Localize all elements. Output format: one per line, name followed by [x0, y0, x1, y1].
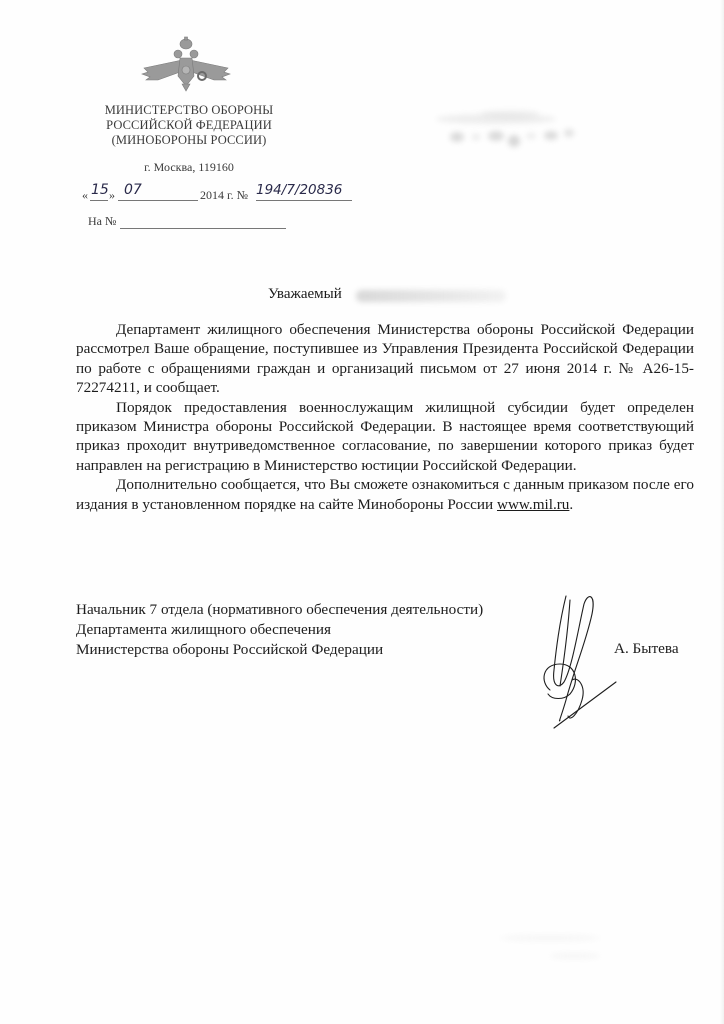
handwritten-month: 07 — [124, 182, 142, 198]
handwritten-signature-icon — [530, 590, 620, 730]
handwritten-day: 15 — [91, 182, 109, 198]
body-paragraph-3: Дополнительно сообщается, что Вы сможете… — [76, 475, 694, 514]
handwritten-number: 194/7/20836 — [256, 182, 342, 198]
quote-open: « — [82, 188, 88, 203]
reply-to-underline — [120, 212, 286, 229]
redacted-recipient-name — [356, 290, 506, 302]
year-number-label: 2014 г. № — [200, 188, 248, 203]
double-headed-eagle-icon — [138, 36, 234, 92]
redacted-footer-marks — [490, 925, 610, 965]
signature-title-block: Начальник 7 отдела (нормативного обеспеч… — [76, 600, 483, 660]
date-number-line: « 15 » 07 2014 г. № 194/7/20836 — [82, 184, 362, 206]
reply-to-line: На № — [88, 212, 298, 230]
signer-title-line1: Начальник 7 отдела (нормативного обеспеч… — [76, 600, 483, 620]
body-paragraph-3-text: Дополнительно сообщается, что Вы сможете… — [76, 476, 694, 512]
signer-title-line3: Министерства обороны Российской Федераци… — [76, 640, 483, 660]
reply-to-label: На № — [88, 214, 116, 229]
letter-page: МИНИСТЕРСТВО ОБОРОНЫ РОССИЙСКОЙ ФЕДЕРАЦИ… — [0, 0, 724, 1024]
org-name-line3: (МИНОБОРОНЫ РОССИИ) — [84, 133, 294, 148]
body-paragraph-1: Департамент жилищного обеспечения Минист… — [76, 320, 694, 398]
signer-title-line2: Департамента жилищного обеспечения — [76, 620, 483, 640]
quote-close: » — [109, 188, 115, 203]
city-address: г. Москва, 119160 — [84, 160, 294, 175]
website-link[interactable]: www.mil.ru — [497, 496, 569, 513]
body-paragraph-3-end: . — [569, 496, 573, 513]
body-paragraph-2: Порядок предоставления военнослужащим жи… — [76, 398, 694, 476]
signer-name: А. Бытева — [614, 640, 679, 658]
redacted-recipient-address — [430, 108, 590, 148]
greeting: Уважаемый — [268, 286, 342, 303]
letter-body: Департамент жилищного обеспечения Минист… — [76, 320, 694, 514]
page-edge-shadow — [720, 0, 724, 1024]
org-name-line2: РОССИЙСКОЙ ФЕДЕРАЦИИ — [84, 118, 294, 133]
org-name-line1: МИНИСТЕРСТВО ОБОРОНЫ — [84, 103, 294, 118]
organization-name: МИНИСТЕРСТВО ОБОРОНЫ РОССИЙСКОЙ ФЕДЕРАЦИ… — [84, 103, 294, 148]
